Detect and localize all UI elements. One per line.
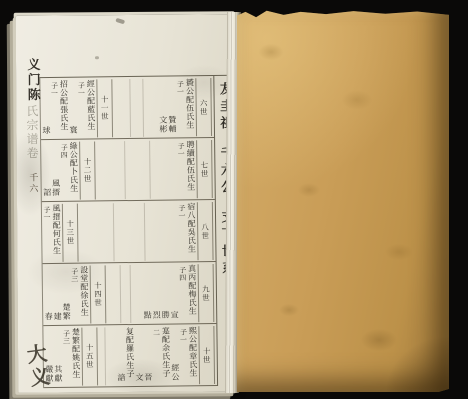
- generation-text: 十三世: [65, 220, 76, 246]
- column-rule: [105, 327, 107, 385]
- table-row-gen8-13: 八世 宿八配吳氏生 子一 十三世 風搢配何氏生 子一: [42, 200, 216, 264]
- empty-cells: [99, 327, 116, 385]
- generation-text: 十二世: [82, 158, 93, 184]
- empty-cells: [114, 79, 158, 138]
- entry-text: 風搢配何氏生: [51, 204, 63, 255]
- generation-label: 九世: [198, 264, 215, 322]
- generation-label: 十二世: [79, 141, 96, 199]
- ink-speck: [115, 18, 125, 25]
- person-entry: 贇公配伍氏生: [184, 78, 194, 136]
- table-row-gen10-15: 十世 熙公配章氏生 子一 經公 寔配余氏生子 二 晉 文 复配羅氏生子 諳 十五…: [43, 324, 217, 388]
- person-entry: 經公配藍氏生: [85, 79, 95, 137]
- person-entry: 熙公配章氏生: [187, 326, 197, 384]
- generation-label: 十一世: [96, 79, 113, 137]
- column-rule: [124, 141, 126, 199]
- generation-label: 十四世: [90, 265, 107, 323]
- generation-text: 八世: [200, 223, 211, 240]
- column-rule: [129, 79, 131, 137]
- entry-text: 熙公配章氏生: [187, 326, 199, 377]
- volume-label: 千六: [26, 173, 39, 195]
- right-page-blank: [237, 8, 449, 392]
- left-page: 义门陈 氏宗谱卷 千六 大义 友圭祖 千六公 支下世系 六世 贇公配伍氏生 子一…: [16, 14, 240, 393]
- entry-text: 聘續配伍氏生: [185, 140, 197, 191]
- person-entry: 楚繁配姚氏生: [70, 328, 80, 386]
- table-row-gen9-14: 九世 真丙配梅氏生 子四 宣 勝 烈 點 十四世 設堂配徐氏生 子三 楚繁 建 …: [43, 262, 217, 326]
- empty-cells: [97, 140, 177, 199]
- column-rule: [113, 203, 115, 261]
- entry-text: 楚繁配姚氏生: [70, 328, 82, 379]
- person-entry: 宿八配吳氏生: [186, 202, 196, 260]
- entry-text: 宿八配吳氏生: [186, 202, 198, 253]
- entry-text: 經公配藍氏生: [85, 79, 97, 130]
- column-rule: [130, 265, 132, 323]
- table-row-gen6-11: 六世 贇公配伍氏生 子一 贊輔 文彬 十一世 經公配藍氏生 子一 寰 招公配張氏…: [40, 76, 214, 140]
- generation-text: 十一世: [99, 96, 110, 122]
- column-rule: [144, 203, 146, 261]
- generation-text: 九世: [200, 285, 211, 302]
- empty-cells: [80, 202, 178, 261]
- book-photo: 义门陈 氏宗谱卷 千六 大义 友圭祖 千六公 支下世系 六世 贇公配伍氏生 子一…: [0, 0, 468, 399]
- generation-label: 十五世: [81, 327, 98, 385]
- entry-text: 真丙配梅氏生: [187, 264, 199, 315]
- generation-label: 六世: [195, 78, 212, 136]
- entry-text: 綠公配卜氏生: [68, 142, 80, 193]
- generation-text: 六世: [198, 99, 209, 116]
- person-entry: 綠公配卜氏生: [68, 142, 78, 200]
- entry-text: 贇公配伍氏生: [184, 78, 196, 129]
- table-body: 六世 贇公配伍氏生 子一 贊輔 文彬 十一世 經公配藍氏生 子一 寰 招公配張氏…: [40, 76, 217, 388]
- generation-text: 十四世: [92, 282, 103, 308]
- column-rule: [119, 265, 121, 323]
- generation-text: 十五世: [84, 344, 95, 370]
- genealogy-table: 友圭祖 千六公 支下世系 六世 贇公配伍氏生 子一 贊輔 文彬 十一世 經公配藍…: [39, 75, 238, 388]
- table-row-gen7-12: 七世 聘續配伍氏生 子一 十二世 綠公配卜氏生 子四 風搢 詔: [41, 138, 215, 202]
- generation-label: 七世: [196, 140, 213, 198]
- generation-text: 七世: [199, 161, 210, 178]
- entry-text: 設堂配徐氏生: [79, 266, 91, 317]
- person-entry: 風搢配何氏生: [51, 204, 61, 262]
- person-entry: 設堂配徐氏生: [79, 266, 89, 324]
- empty-cells: [108, 265, 143, 323]
- generation-label: 十三世: [62, 204, 79, 262]
- generation-label: 十世: [198, 326, 215, 384]
- book-title-faded: 氏宗谱卷: [24, 105, 41, 161]
- person-entry: 聘續配伍氏生: [185, 140, 195, 198]
- column-rule: [143, 79, 145, 137]
- page-corner-shadow: [359, 312, 449, 392]
- generation-label: 八世: [197, 202, 214, 260]
- generation-text: 十世: [201, 347, 212, 364]
- ink-speck: [95, 56, 99, 59]
- column-rule: [149, 141, 151, 199]
- person-entry: 真丙配梅氏生: [187, 264, 197, 322]
